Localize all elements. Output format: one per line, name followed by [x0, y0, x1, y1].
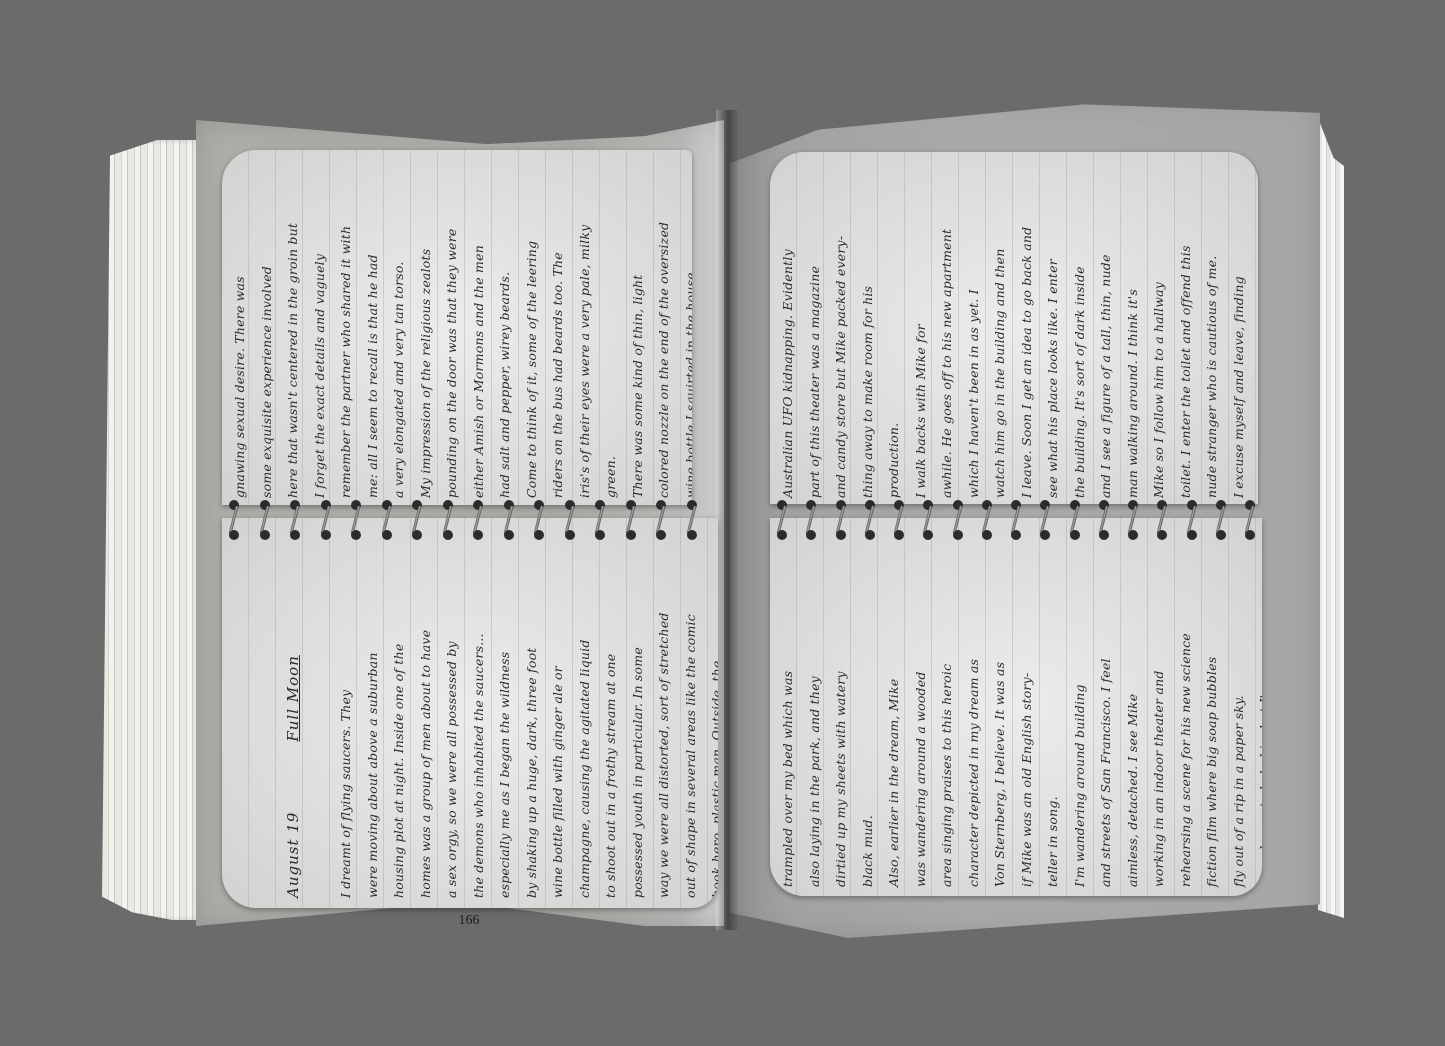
handwritten-line: Mike so I follow him to a hallway	[1146, 158, 1173, 498]
spiral-coil	[864, 498, 876, 542]
handwritten-line: I walk backs with Mike for	[908, 158, 935, 498]
handwritten-line: wine bottle filled with ginger ale or	[545, 528, 572, 898]
handwritten-line: watch him go in the building and then	[987, 158, 1014, 498]
handwritten-line: aimless, detached. I see Mike	[1120, 527, 1147, 887]
handwritten-line: to shoot out in a frothy stream at one	[598, 528, 625, 898]
handwritten-line: Also, earlier in the dream, Mike	[881, 527, 908, 887]
spiral-binding-right	[776, 498, 1256, 542]
handwritten-line: working in an indoor theater and	[1146, 527, 1173, 887]
handwritten-line: homes was a group of men about to have	[413, 528, 440, 898]
handwritten-line: way we were all distorted, sort of stret…	[651, 528, 678, 898]
handwritten-line: I leave. Soon I get an idea to go back a…	[1014, 158, 1041, 498]
handwritten-line: were moving about above a suburban	[360, 528, 387, 898]
handwritten-line: remember the partner who shared it with	[333, 158, 360, 498]
handwritten-line: possessed youth in particular. In some	[625, 528, 652, 898]
handwritten-line: trampled over my bed which was	[775, 527, 802, 887]
spiral-coil	[1186, 498, 1198, 542]
handwritten-line: man walking around. I think it's	[1120, 158, 1147, 498]
spiral-coil	[952, 498, 964, 542]
spiral-coil	[411, 498, 423, 542]
notebook-sheet-left-top: gnawing sexual desire. There wassome exq…	[222, 150, 692, 505]
handwritten-text: August 19Full Moon I dreamt of flying sa…	[227, 528, 713, 898]
handwritten-text: gnawing sexual desire. There wassome exq…	[227, 158, 687, 498]
handwritten-line: a sex orgy, so we were all possessed by	[439, 528, 466, 898]
handwritten-line: I'm wandering around building	[1067, 527, 1094, 887]
handwritten-line: colored nozzle on the end of the oversiz…	[651, 158, 678, 498]
handwritten-line: part of this theater was a magazine	[802, 158, 829, 498]
spiral-coil	[1010, 498, 1022, 542]
handwritten-line: by shaking up a huge, dark, three foot	[519, 528, 546, 898]
handwritten-line: pounding on the door was that they were	[439, 158, 466, 498]
spiral-coil	[1039, 498, 1051, 542]
spiral-coil	[259, 498, 271, 542]
handwritten-line: and candy store but Mike packed every-	[828, 158, 855, 498]
handwritten-line: rehearsing a scene for his new science	[1173, 527, 1200, 887]
spiral-coil	[381, 498, 393, 542]
spiral-coil	[564, 498, 576, 542]
handwritten-line: fly out of a rip in a paper sky.	[1226, 527, 1253, 887]
handwritten-line: had salt and pepper, wirey beards.	[492, 158, 519, 498]
handwritten-line: was wandering around a wooded	[908, 527, 935, 887]
spiral-coil	[776, 498, 788, 542]
handwritten-line: either Amish or Mormons and the men	[466, 158, 493, 498]
handwritten-line: Von Sternberg, I believe. It was as	[987, 527, 1014, 887]
handwritten-line: Australian UFO kidnapping. Evidently	[775, 158, 802, 498]
spiral-coil	[533, 498, 545, 542]
spiral-coil	[503, 498, 515, 542]
handwritten-line: especially me as I began the wildness	[492, 528, 519, 898]
spiral-coil	[835, 498, 847, 542]
spiral-coil	[1215, 498, 1227, 542]
handwritten-line: some exquisite experience involved	[254, 158, 281, 498]
handwritten-line: and streets of San Francisco. I feel	[1093, 527, 1120, 887]
spiral-coil	[893, 498, 905, 542]
handwritten-line: production.	[881, 158, 908, 498]
handwritten-line: area singing praises to this heroic	[934, 527, 961, 887]
handwritten-line: wine bottle I squirted in the house.	[678, 158, 693, 498]
page-number: 166	[454, 913, 484, 929]
handwritten-line: housing plot at night. Inside one of the	[386, 528, 413, 898]
handwritten-line: dirtied up my sheets with watery	[828, 527, 855, 887]
spiral-coil	[594, 498, 606, 542]
handwritten-line: teller in song.	[1040, 527, 1067, 887]
handwritten-text: trampled over my bed which wasalso layin…	[775, 527, 1257, 887]
handwritten-line: fiction film where big soap bubbles	[1199, 527, 1226, 887]
handwritten-line: nude stranger who is cautious of me.	[1199, 158, 1226, 498]
spiral-coil	[981, 498, 993, 542]
book-gutter	[716, 110, 738, 930]
handwritten-line: character depicted in my dream as	[961, 527, 988, 887]
handwritten-line: here that wasn't centered in the groin b…	[280, 158, 307, 498]
handwritten-line: if Mike was an old English story-	[1014, 527, 1041, 887]
spiral-coil	[1127, 498, 1139, 542]
handwritten-line: also laying in the park, and they	[802, 527, 829, 887]
spiral-coil	[805, 498, 817, 542]
handwritten-line: I dreamt of flying saucers. They	[333, 528, 360, 898]
handwritten-line: which I haven't been in as yet. I	[961, 158, 988, 498]
handwritten-line: I excuse myself and leave, finding	[1226, 158, 1253, 498]
handwritten-line: There was some kind of thin, light	[625, 158, 652, 498]
spiral-coil	[655, 498, 667, 542]
spiral-coil	[1244, 498, 1256, 542]
handwritten-line: toilet. I enter the toilet and offend th…	[1173, 158, 1200, 498]
notebook-sheet-left-bottom: August 19Full Moon I dreamt of flying sa…	[222, 518, 718, 908]
notebook-sheet-right-top: Australian UFO kidnapping. Evidentlypart…	[770, 152, 1258, 504]
entry-date: August 19	[284, 812, 302, 898]
handwritten-line: the building. It's sort of dark inside	[1067, 158, 1094, 498]
spiral-coil	[228, 498, 240, 542]
handwritten-line: champagne, causing the agitated liquid	[572, 528, 599, 898]
journal-entry-heading: August 19Full Moon	[254, 528, 307, 898]
spiral-coil	[1156, 498, 1168, 542]
handwritten-line: black mud.	[855, 527, 882, 887]
spiral-coil	[442, 498, 454, 542]
spiral-coil	[1098, 498, 1110, 542]
handwritten-line: see what his place looks like. I enter	[1040, 158, 1067, 498]
handwritten-line: Come to think of it, some of the leering	[519, 158, 546, 498]
spiral-coil	[922, 498, 934, 542]
handwritten-line: My impression of the religious zealots	[413, 158, 440, 498]
spiral-coil	[625, 498, 637, 542]
open-book: gnawing sexual desire. There wassome exq…	[0, 0, 1445, 1046]
handwritten-text: Australian UFO kidnapping. Evidentlypart…	[775, 158, 1253, 498]
handwritten-line: awhile. He goes off to his new apartment	[934, 158, 961, 498]
handwritten-line: 5 dollars lying on the hallway floor.	[1252, 158, 1258, 498]
spiral-coil	[289, 498, 301, 542]
handwritten-line: a very elongated and very tan torso.	[386, 158, 413, 498]
handwritten-line: green.	[598, 158, 625, 498]
handwritten-line: iris's of their eyes were a very pale, m…	[572, 158, 599, 498]
handwritten-line: book hero, plastic man. Outside, the	[704, 528, 718, 898]
spiral-coil	[320, 498, 332, 542]
spiral-coil	[1069, 498, 1081, 542]
handwritten-line: the demons who inhabited the saucers...	[466, 528, 493, 898]
handwritten-line: out of shape in several areas like the c…	[678, 528, 705, 898]
right-page-stack	[1318, 118, 1344, 918]
notebook-sheet-right-bottom: trampled over my bed which wasalso layin…	[770, 518, 1262, 896]
spiral-binding-left	[228, 498, 698, 542]
handwritten-line: gnawing sexual desire. There was	[227, 158, 254, 498]
left-page-stack	[102, 140, 202, 920]
handwritten-line: I forget the exact details and vaguely	[307, 158, 334, 498]
handwritten-line: He asks me to help him but I'm	[1252, 527, 1262, 887]
spiral-coil	[472, 498, 484, 542]
handwritten-line: me: all I seem to recall is that he had	[360, 158, 387, 498]
handwritten-line: riders on the bus had beards too. The	[545, 158, 572, 498]
handwritten-line: thing away to make room for his	[855, 158, 882, 498]
spiral-coil	[686, 498, 698, 542]
spiral-coil	[350, 498, 362, 542]
entry-note: Full Moon	[284, 655, 302, 742]
handwritten-line: and I see a figure of a tall, thin, nude	[1093, 158, 1120, 498]
